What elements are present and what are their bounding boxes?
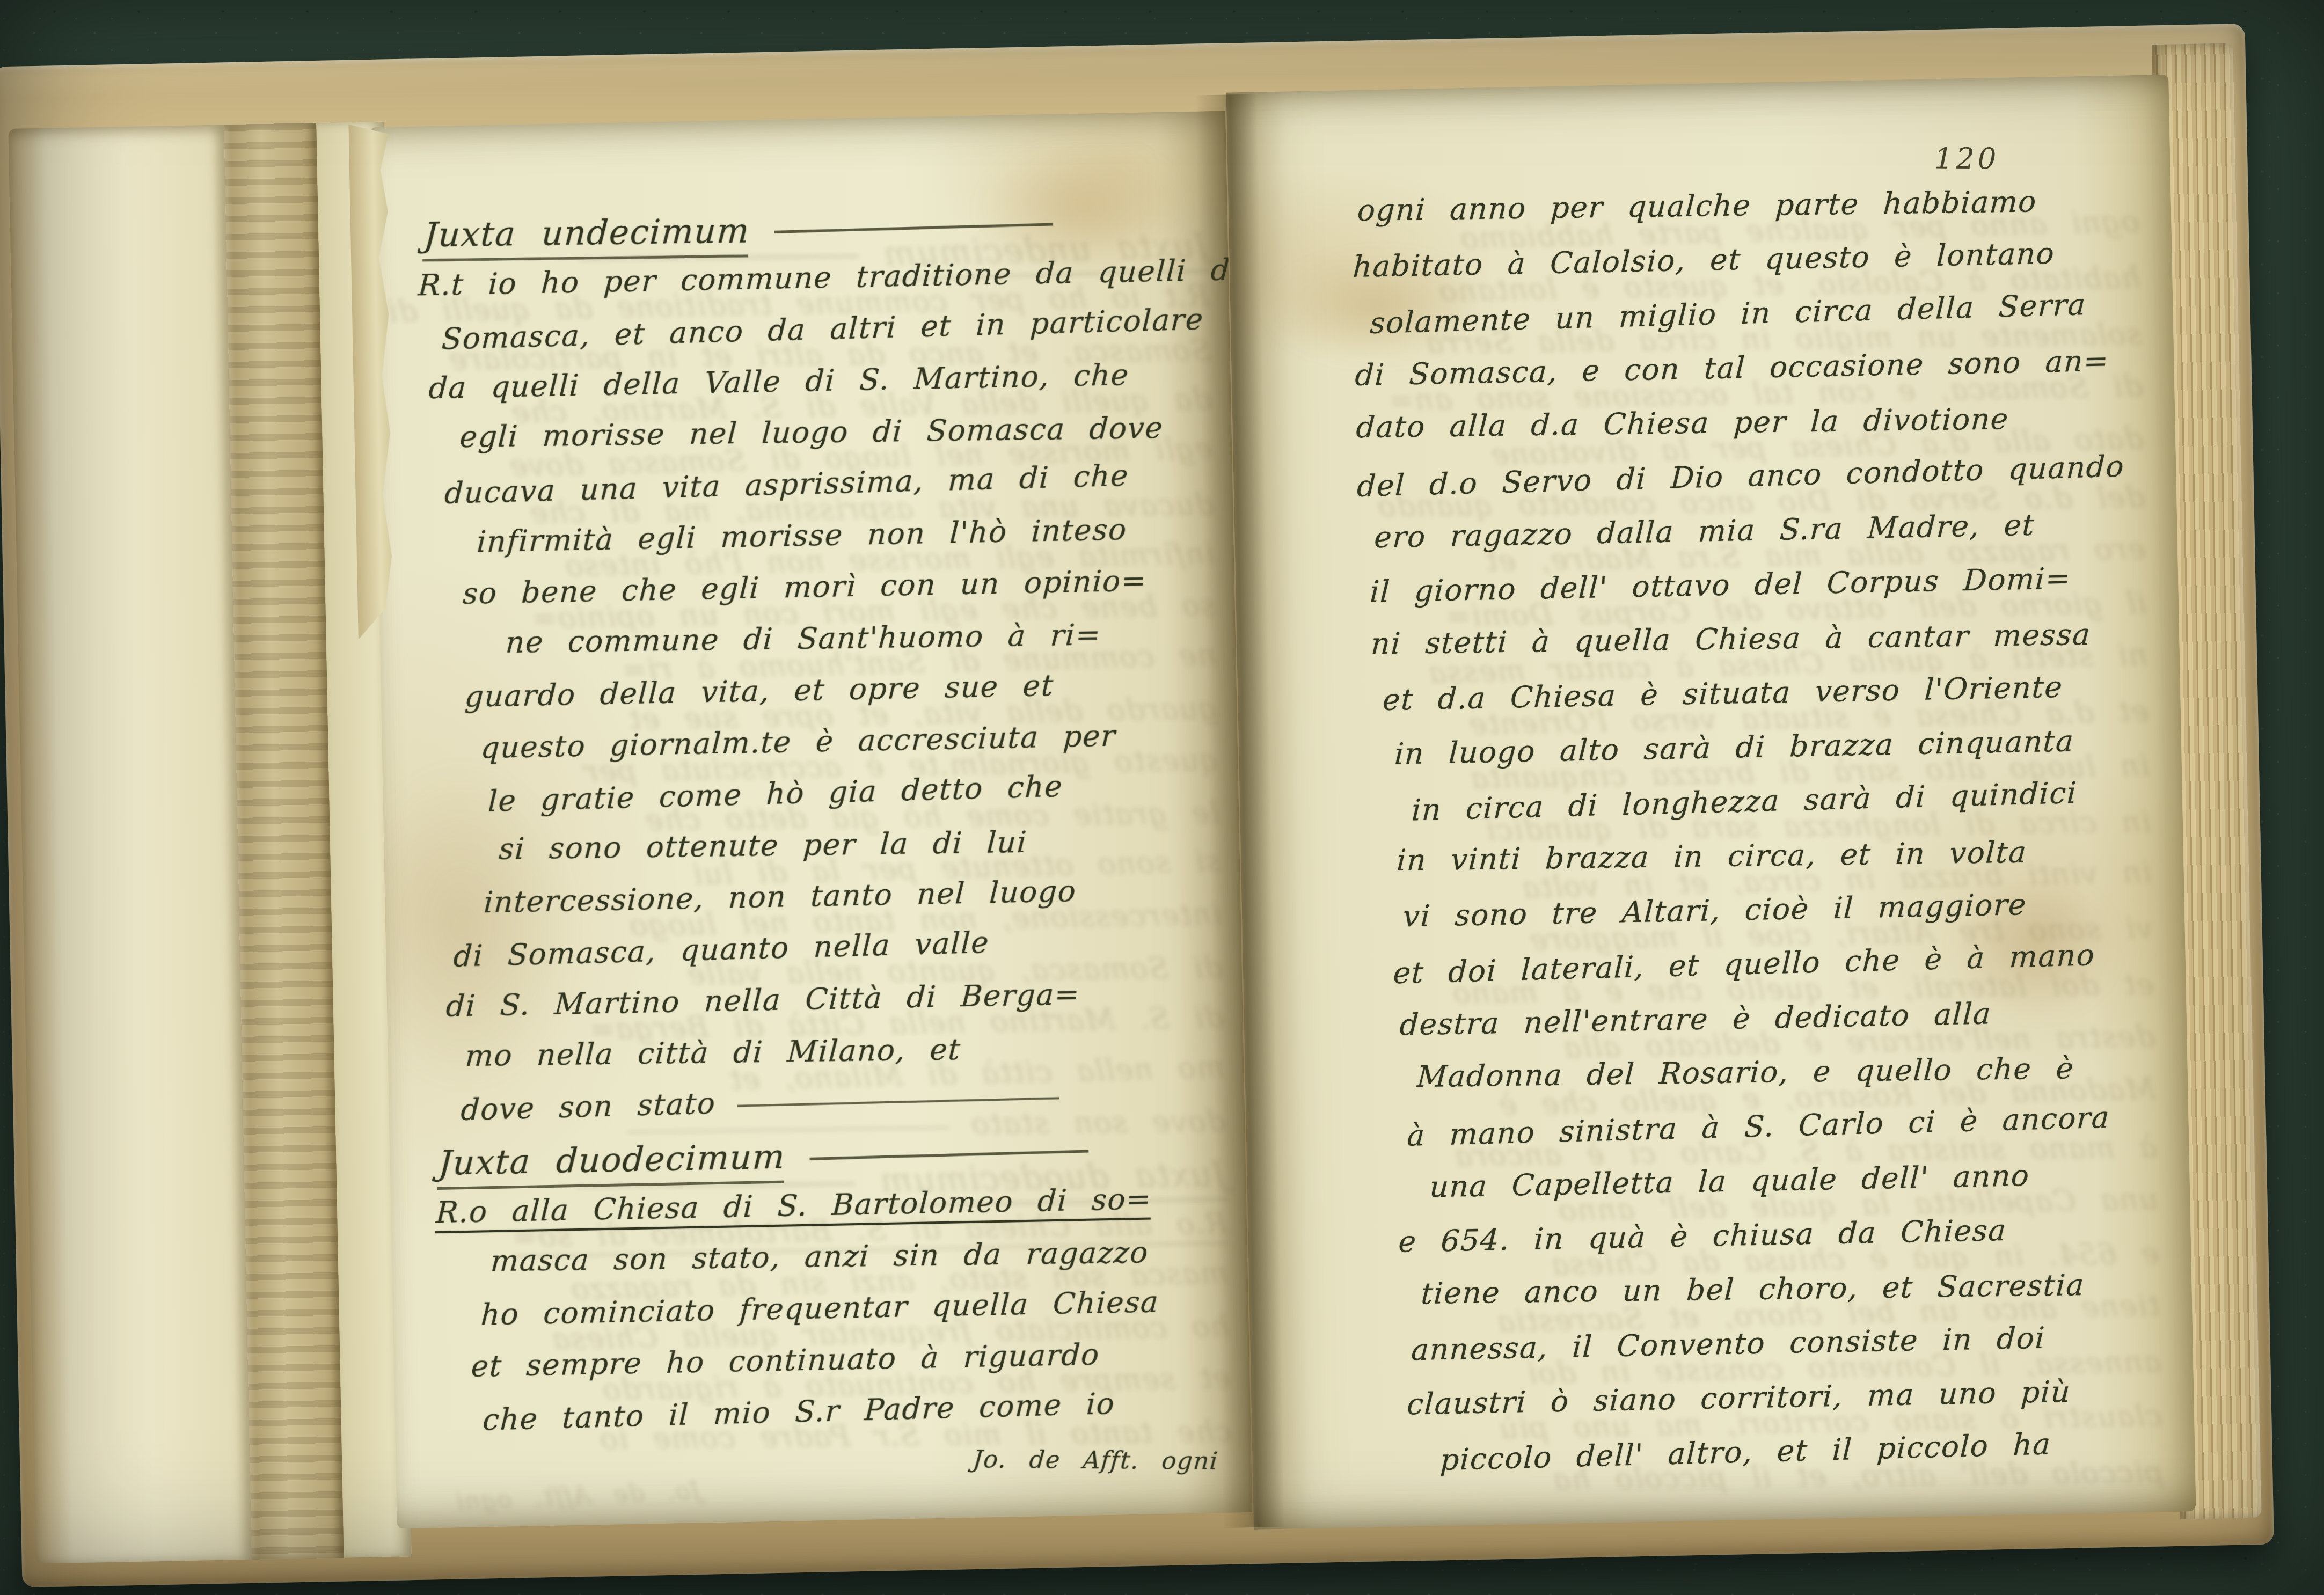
right-page-text: ogni anno per qualche parte habbiamohabi… (1351, 180, 2163, 1496)
manuscript-photo-scan: Juxta undecimumR.t io ho per commune tra… (0, 0, 2324, 1595)
page-stack-edge (8, 125, 251, 1563)
left-page-stack-edges (8, 122, 411, 1564)
open-manuscript-book: Juxta undecimumR.t io ho per commune tra… (0, 24, 2274, 1587)
manuscript-line-text: dove son stato (460, 1086, 717, 1127)
manuscript-line-text: Juxta duodecimum (437, 1137, 786, 1190)
right-page: 120 ogni anno per qualche parte habbiamo… (1226, 75, 2196, 1530)
manuscript-line-text: ogni anno per qualche parte habbiamo (1356, 184, 2038, 228)
page-number: 120 (1934, 142, 2000, 176)
manuscript-line-text: Jo. de Afft. ogni (972, 1445, 1219, 1475)
manuscript-line-text: si sono ottenute per la di lui (498, 825, 1028, 866)
manuscript-line-text: mo nella città di Milano, et (464, 1032, 962, 1073)
left-page-text: Juxta undecimumR.t io ho per commune tra… (417, 201, 1233, 1504)
left-page: Juxta undecimumR.t io ho per commune tra… (370, 111, 1252, 1528)
manuscript-line-text: ne commune di Sant'huomo à ri= (505, 617, 1102, 660)
manuscript-line: Jo. de Afft. ogni (441, 1445, 1218, 1498)
manuscript-line-text: Juxta undecimum (422, 211, 751, 261)
